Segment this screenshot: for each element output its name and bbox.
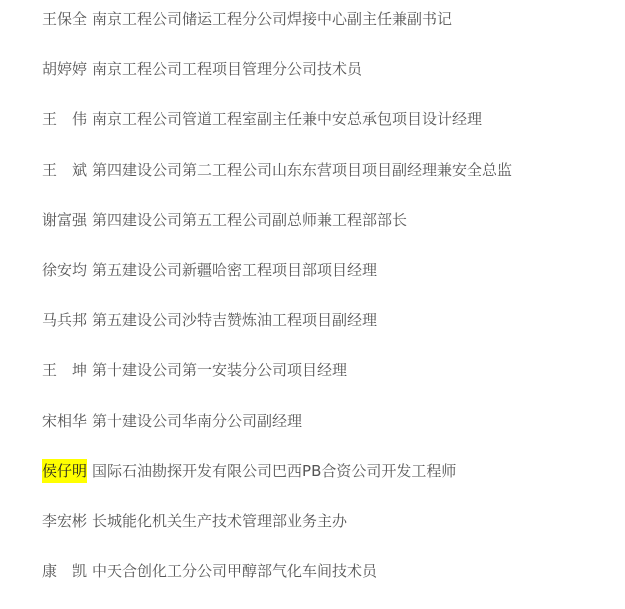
list-item: 胡婷婷南京工程公司工程项目管理分公司技术员 — [42, 57, 622, 107]
person-name: 徐安均 — [42, 258, 87, 282]
list-item: 宋相华第十建设公司华南分公司副经理 — [42, 409, 622, 459]
person-name: 宋相华 — [42, 409, 87, 433]
person-position: 第四建设公司第五工程公司副总师兼工程部部长 — [92, 211, 407, 229]
person-position: 第十建设公司第一安装分公司项目经理 — [92, 361, 347, 379]
list-item: 侯仔明国际石油勘探开发有限公司巴西PB合资公司开发工程师 — [42, 459, 622, 509]
person-position: 中天合创化工分公司甲醇部气化车间技术员 — [92, 562, 377, 580]
person-position: 第十建设公司华南分公司副经理 — [92, 412, 302, 430]
person-position: 南京工程公司工程项目管理分公司技术员 — [92, 60, 362, 78]
person-name: 王 坤 — [42, 358, 87, 382]
person-name: 谢富强 — [42, 208, 87, 232]
person-position: 第五建设公司沙特吉赞炼油工程项目副经理 — [92, 311, 377, 329]
list-item: 谢富强第四建设公司第五工程公司副总师兼工程部部长 — [42, 208, 622, 258]
person-name: 王 伟 — [42, 107, 87, 131]
list-item: 王 伟南京工程公司管道工程室副主任兼中安总承包项目设计经理 — [42, 107, 622, 157]
person-position: 第五建设公司新疆哈密工程项目部项目经理 — [92, 261, 377, 279]
person-position: 第四建设公司第二工程公司山东东营项目项目副经理兼安全总监 — [92, 161, 512, 179]
list-item: 李宏彬长城能化机关生产技术管理部业务主办 — [42, 509, 622, 559]
person-position: 南京工程公司管道工程室副主任兼中安总承包项目设计经理 — [92, 110, 482, 128]
person-position: 国际石油勘探开发有限公司巴西PB合资公司开发工程师 — [92, 462, 456, 480]
person-name: 马兵邦 — [42, 308, 87, 332]
list-item: 马兵邦第五建设公司沙特吉赞炼油工程项目副经理 — [42, 308, 622, 358]
person-name: 王 斌 — [42, 158, 87, 182]
list-item: 王 坤第十建设公司第一安装分公司项目经理 — [42, 358, 622, 408]
person-name: 王保全 — [42, 7, 87, 31]
list-item: 王保全南京工程公司储运工程分公司焊接中心副主任兼副书记 — [42, 7, 622, 57]
person-name: 李宏彬 — [42, 509, 87, 533]
personnel-list: 王保全南京工程公司储运工程分公司焊接中心副主任兼副书记 胡婷婷南京工程公司工程项… — [42, 7, 622, 585]
person-name-highlighted: 侯仔明 — [42, 459, 87, 483]
list-item: 康 凯中天合创化工分公司甲醇部气化车间技术员 — [42, 559, 622, 585]
person-position: 长城能化机关生产技术管理部业务主办 — [92, 512, 347, 530]
person-position: 南京工程公司储运工程分公司焊接中心副主任兼副书记 — [92, 10, 452, 28]
list-item: 徐安均第五建设公司新疆哈密工程项目部项目经理 — [42, 258, 622, 308]
list-item: 王 斌第四建设公司第二工程公司山东东营项目项目副经理兼安全总监 — [42, 158, 622, 208]
person-name: 康 凯 — [42, 559, 87, 583]
person-name: 胡婷婷 — [42, 57, 87, 81]
